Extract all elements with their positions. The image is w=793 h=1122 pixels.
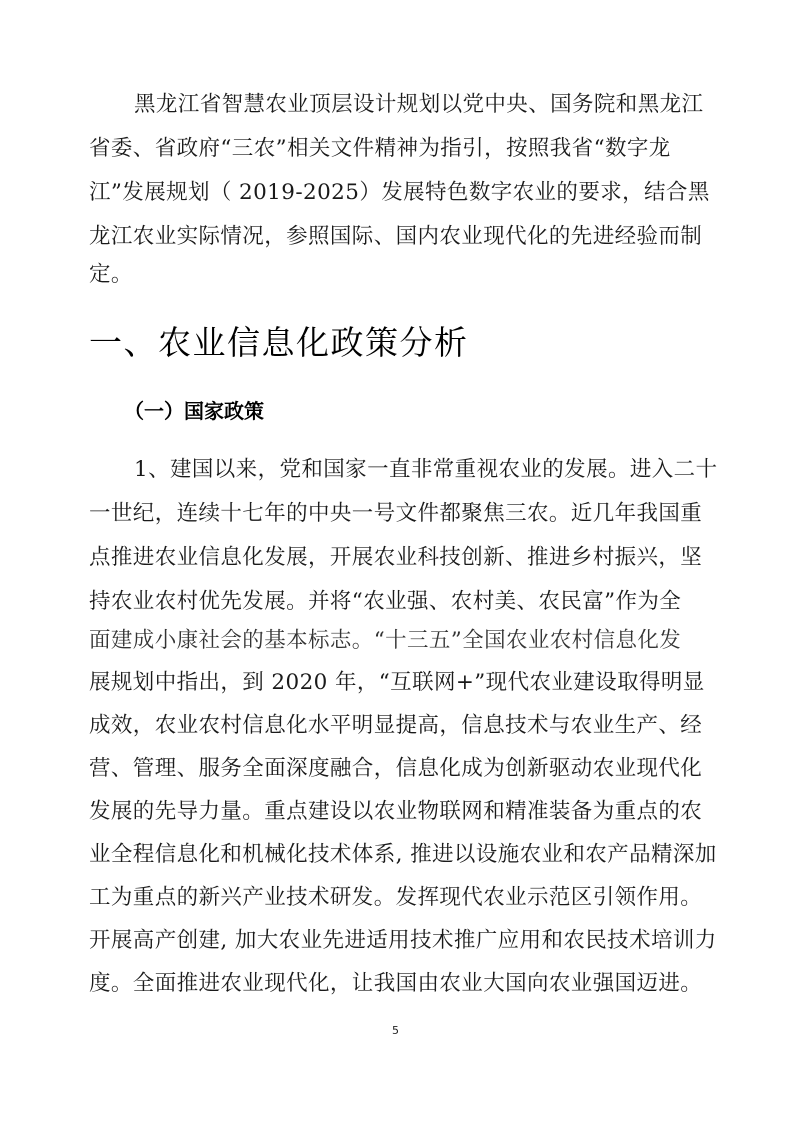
paragraph-line: 开展高产创建, 加大农业先进适用技术推广应用和农民技术培训力 <box>89 928 717 954</box>
paragraph-line: 展规划中指出，到 2020 年，“互联网+”现代农业建设取得明显 <box>89 670 705 696</box>
subsection-heading: （一）国家政策 <box>124 398 264 424</box>
paragraph-line: 一世纪，连续十七年的中央一号文件都聚焦三农。近几年我国重 <box>89 501 702 527</box>
paragraph-line: 1、建国以来，党和国家一直非常重视农业的发展。进入二十 <box>134 457 717 483</box>
paragraph-line: 面建成小康社会的基本标志。“十三五”全国农业农村信息化发 <box>89 628 681 654</box>
paragraph-line: 成效，农业农村信息化水平明显提高，信息技术与农业生产、经 <box>89 713 702 739</box>
paragraph-line: 黑龙江省智慧农业顶层设计规划以党中央、国务院和黑龙江 <box>134 92 703 118</box>
paragraph-line: 度。全面推进农业现代化，让我国由农业大国向农业强国迈进。 <box>89 971 702 997</box>
page-number: 5 <box>392 1024 399 1037</box>
paragraph-line: 定。 <box>89 262 133 288</box>
paragraph-line: 业全程信息化和机械化技术体系, 推进以设施农业和农产品精深加 <box>89 842 717 868</box>
section-heading: 一、农业信息化政策分析 <box>89 322 469 364</box>
paragraph-line: 江”发展规划（ 2019-2025）发展特色数字农业的要求，结合黑 <box>89 180 710 206</box>
paragraph-line: 龙江农业实际情况，参照国际、国内农业现代化的先进经验而制 <box>89 224 702 250</box>
paragraph-line: 点推进农业信息化发展，开展农业科技创新、推进乡村振兴，坚 <box>89 545 702 571</box>
paragraph-line: 工为重点的新兴产业技术研发。发挥现代农业示范区引领作用。 <box>89 885 702 911</box>
paragraph-line: 持农业农村优先发展。并将“农业强、农村美、农民富”作为全 <box>89 589 681 615</box>
paragraph-line: 发展的先导力量。重点建设以农业物联网和精准装备为重点的农 <box>89 799 702 825</box>
document-page: 黑龙江省智慧农业顶层设计规划以党中央、国务院和黑龙江 省委、省政府“三农”相关文… <box>0 0 793 1122</box>
paragraph-line: 营、管理、服务全面深度融合，信息化成为创新驱动农业现代化 <box>89 756 702 782</box>
paragraph-line: 省委、省政府“三农”相关文件精神为指引，按照我省“数字龙 <box>89 136 671 162</box>
